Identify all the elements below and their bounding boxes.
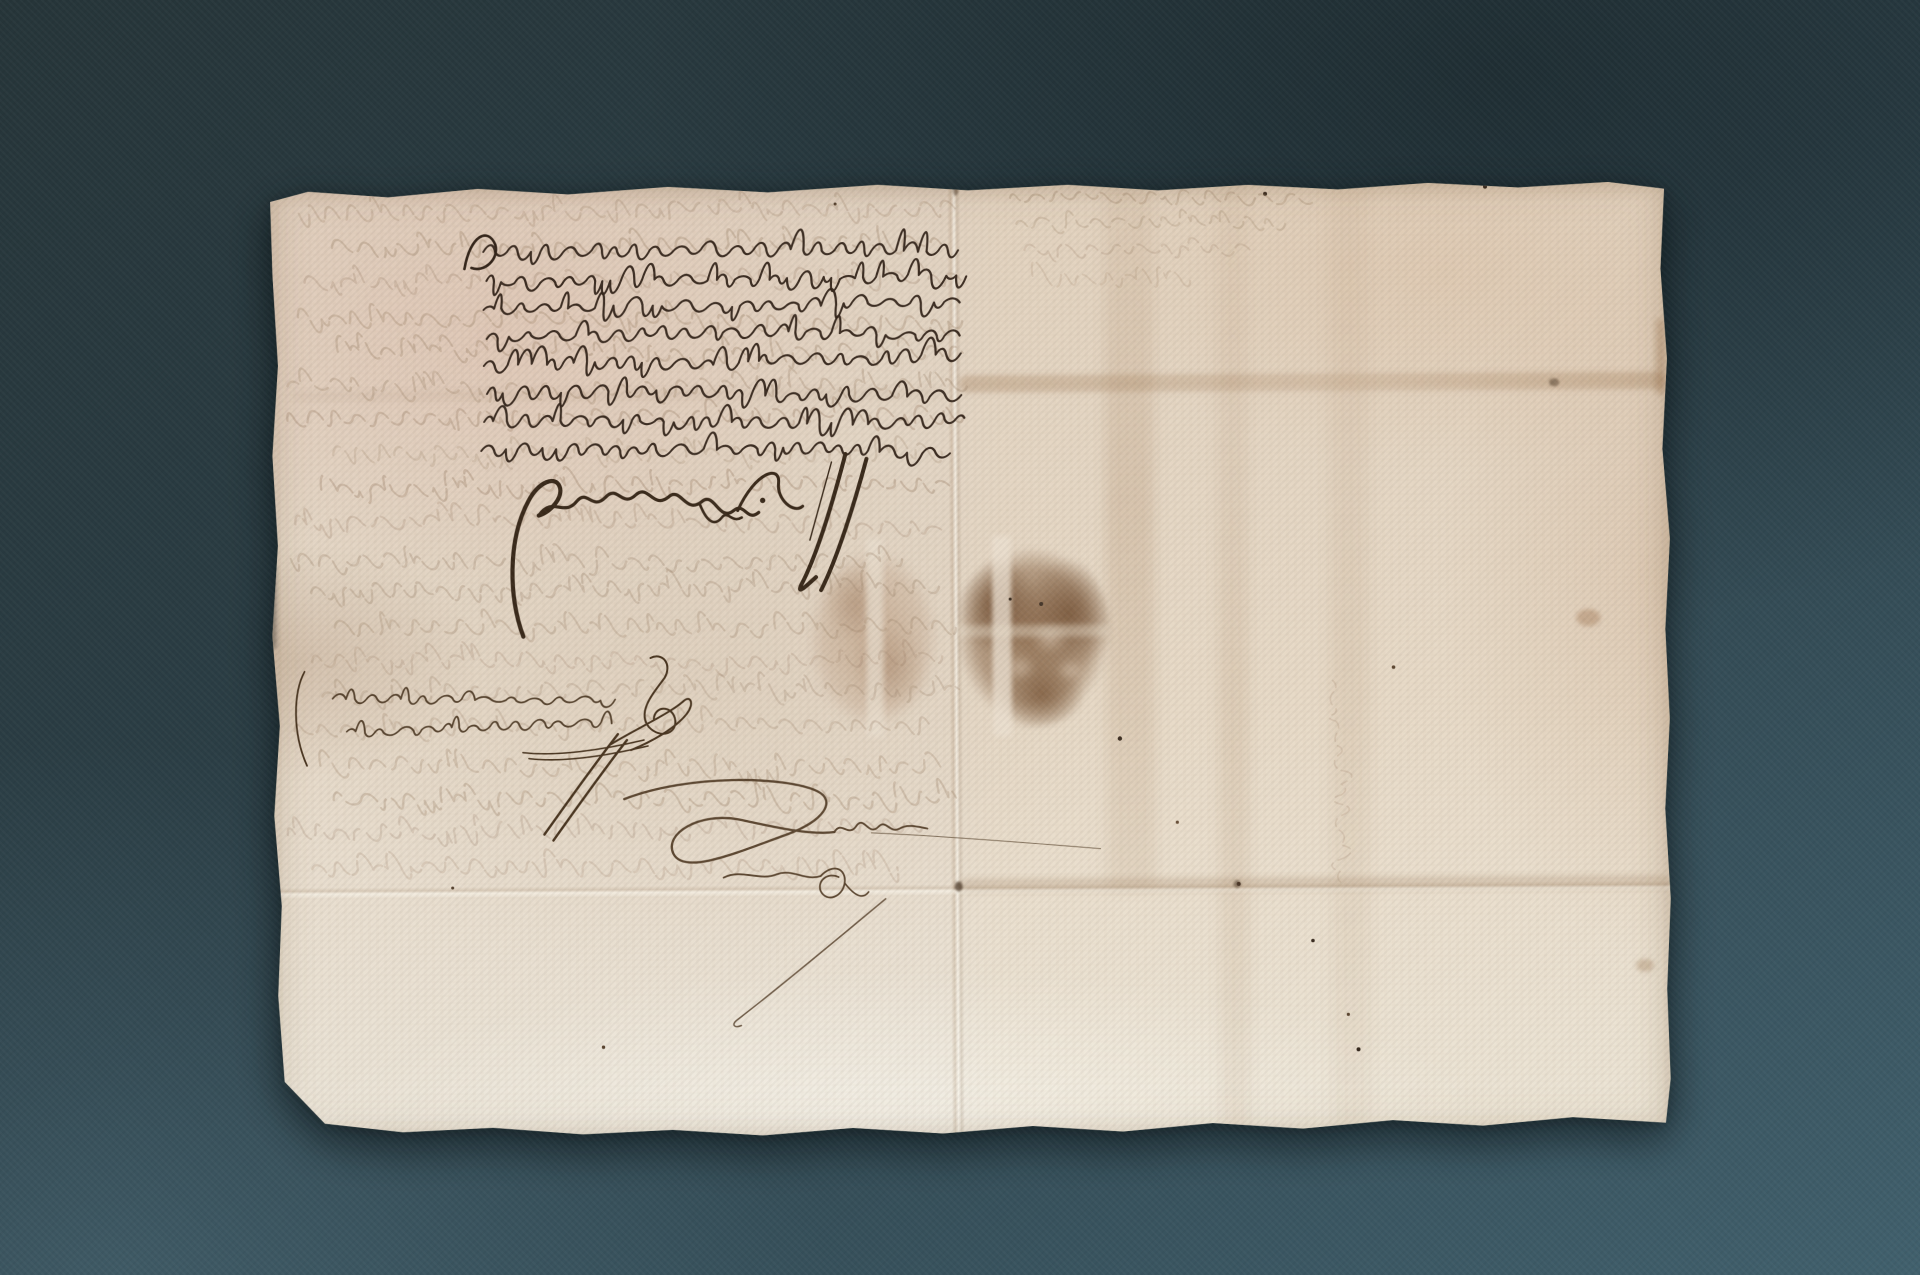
secretary-signature bbox=[624, 778, 1101, 1027]
bleedthrough-writing bbox=[278, 189, 1356, 888]
bleed-line-16 bbox=[287, 705, 934, 742]
chancellor-signature bbox=[296, 656, 692, 842]
bleed-right-line-1 bbox=[1008, 189, 1316, 206]
photograph-scene bbox=[0, 0, 1920, 1275]
chancellor-bracket bbox=[296, 672, 307, 766]
bleed-line-18 bbox=[328, 779, 961, 816]
letter-paper bbox=[268, 179, 1673, 1138]
secretary-second-line bbox=[724, 872, 821, 877]
bleed-line-8 bbox=[328, 435, 947, 471]
bleed-vertical-script bbox=[1325, 680, 1356, 883]
bleed-line-13 bbox=[329, 607, 959, 642]
secretary-diagonal-flourish bbox=[733, 899, 886, 1027]
bleed-line-1 bbox=[293, 191, 960, 227]
royal-signature-minims bbox=[700, 504, 742, 523]
bleed-right-line-3 bbox=[1021, 238, 1252, 262]
royal-paraph-stroke-1 bbox=[799, 454, 846, 590]
body-text-line-2 bbox=[484, 259, 970, 295]
royal-signature-loop bbox=[738, 473, 803, 510]
secretary-long-cross bbox=[871, 832, 1100, 850]
bleed-line-12 bbox=[304, 568, 944, 607]
bleed-line-17 bbox=[315, 747, 945, 786]
secretary-hook bbox=[845, 883, 869, 896]
royal-paraph-hairline bbox=[809, 462, 831, 540]
body-text-block bbox=[464, 229, 971, 468]
ink-specks bbox=[268, 186, 270, 188]
bleed-line-14 bbox=[306, 640, 948, 678]
bleed-line-2 bbox=[326, 225, 945, 260]
letter-paper-wrap bbox=[268, 179, 1673, 1138]
chancellor-underline-2 bbox=[529, 746, 648, 760]
royal-signature-dot bbox=[760, 498, 764, 502]
secretary-grand-loop bbox=[624, 780, 834, 863]
bleed-right-line-2 bbox=[1013, 209, 1288, 233]
bleed-line-7 bbox=[281, 397, 968, 434]
bleed-line-20 bbox=[306, 848, 901, 885]
bleed-line-19 bbox=[281, 810, 928, 847]
secretary-g-flourish bbox=[820, 869, 845, 898]
handwriting-ink-layer bbox=[268, 179, 1673, 1138]
bleed-right-line-4 bbox=[1029, 261, 1193, 288]
chancellor-tail-stroke-1 bbox=[544, 734, 619, 834]
